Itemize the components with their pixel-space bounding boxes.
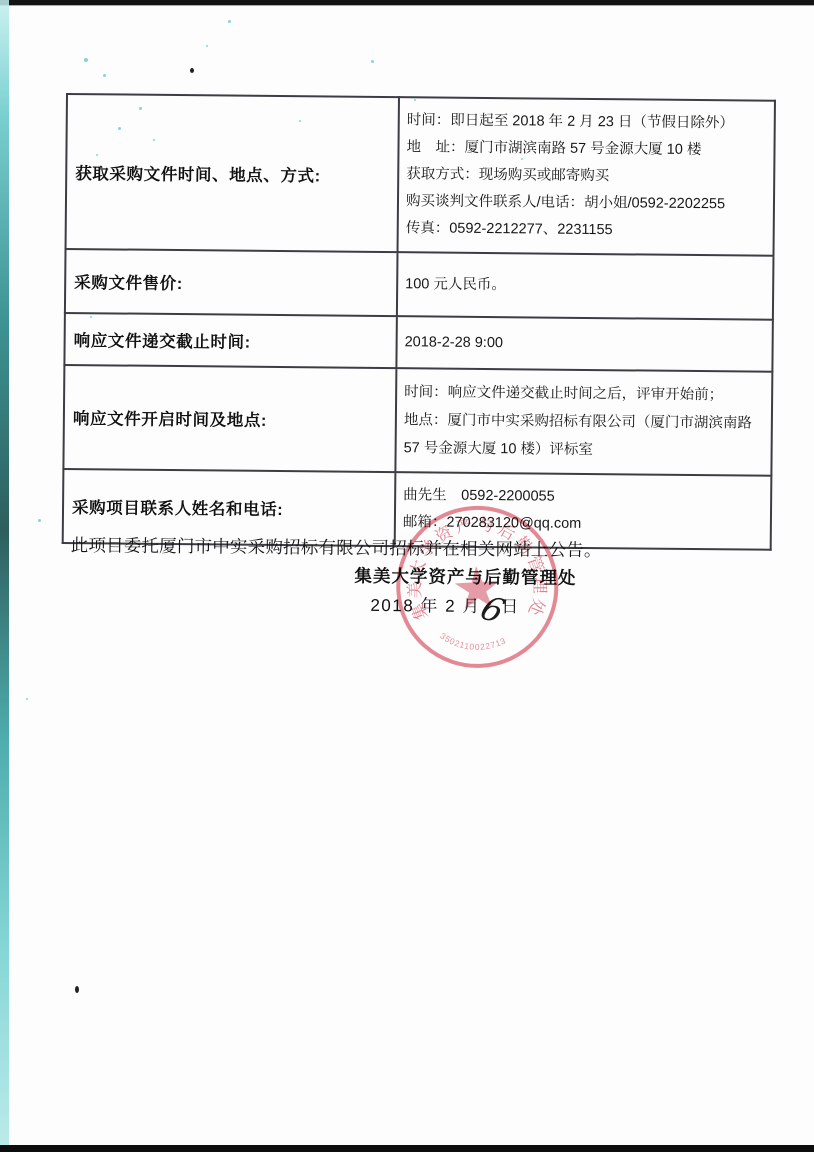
seal-code-text: 3502110022713 <box>438 627 508 654</box>
content-line: 时间：响应文件递交截止时间之后，评审开始前； <box>404 378 761 409</box>
table-row: 获取采购文件时间、地点、方式:时间：即日起至 2018 年 2 月 23 日（节… <box>66 94 775 256</box>
content-line: 2018-2-28 9:00 <box>405 329 762 359</box>
content-line: 购买谈判文件联系人/电话：胡小姐/0592-2202255 <box>406 188 763 218</box>
table-row: 响应文件递交截止时间:2018-2-28 9:00 <box>64 313 772 372</box>
procurement-table-body: 获取采购文件时间、地点、方式:时间：即日起至 2018 年 2 月 23 日（节… <box>63 94 775 550</box>
content-line: 地点：厦门市中实采购招标有限公司（厦门市湖滨南路 57 号金源大厦 10 楼）评… <box>403 406 761 465</box>
delegation-note: 此项目委托厦门市中实采购招标有限公司招标并在相关网站上公告。 <box>71 532 671 563</box>
row-label: 获取采购文件时间、地点、方式: <box>66 94 399 252</box>
row-label: 采购文件售价: <box>65 249 398 316</box>
content-line: 地 址：厦门市湖滨南路 57 号金源大厦 10 楼 <box>406 134 763 164</box>
row-label: 响应文件开启时间及地点: <box>63 365 396 472</box>
official-seal: ★ 集美大学资产与后勤管理处 3502110022713 <box>380 489 574 687</box>
content-line: 获取方式：现场购买或邮寄购买 <box>406 161 763 191</box>
row-content: 100 元人民币。 <box>397 252 774 320</box>
row-content: 时间：响应文件递交截止时间之后，评审开始前；地点：厦门市中实采购招标有限公司（厦… <box>395 368 772 476</box>
row-content: 时间：即日起至 2018 年 2 月 23 日（节假日除外）地 址：厦门市湖滨南… <box>398 97 775 256</box>
row-label: 响应文件递交截止时间: <box>64 313 396 368</box>
table-row: 响应文件开启时间及地点:时间：响应文件递交截止时间之后，评审开始前；地点：厦门市… <box>63 365 772 476</box>
scanned-document: 获取采购文件时间、地点、方式:时间：即日起至 2018 年 2 月 23 日（节… <box>0 0 814 1152</box>
star-icon: ★ <box>449 554 505 622</box>
procurement-info-table: 获取采购文件时间、地点、方式:时间：即日起至 2018 年 2 月 23 日（节… <box>62 93 776 551</box>
row-content: 2018-2-28 9:00 <box>396 316 772 372</box>
content-line: 传真：0592-2212277、2231155 <box>406 215 763 245</box>
content-line: 100 元人民币。 <box>405 271 762 301</box>
content-line: 时间：即日起至 2018 年 2 月 23 日（节假日除外） <box>407 107 764 137</box>
table-row: 采购文件售价:100 元人民币。 <box>65 249 774 320</box>
